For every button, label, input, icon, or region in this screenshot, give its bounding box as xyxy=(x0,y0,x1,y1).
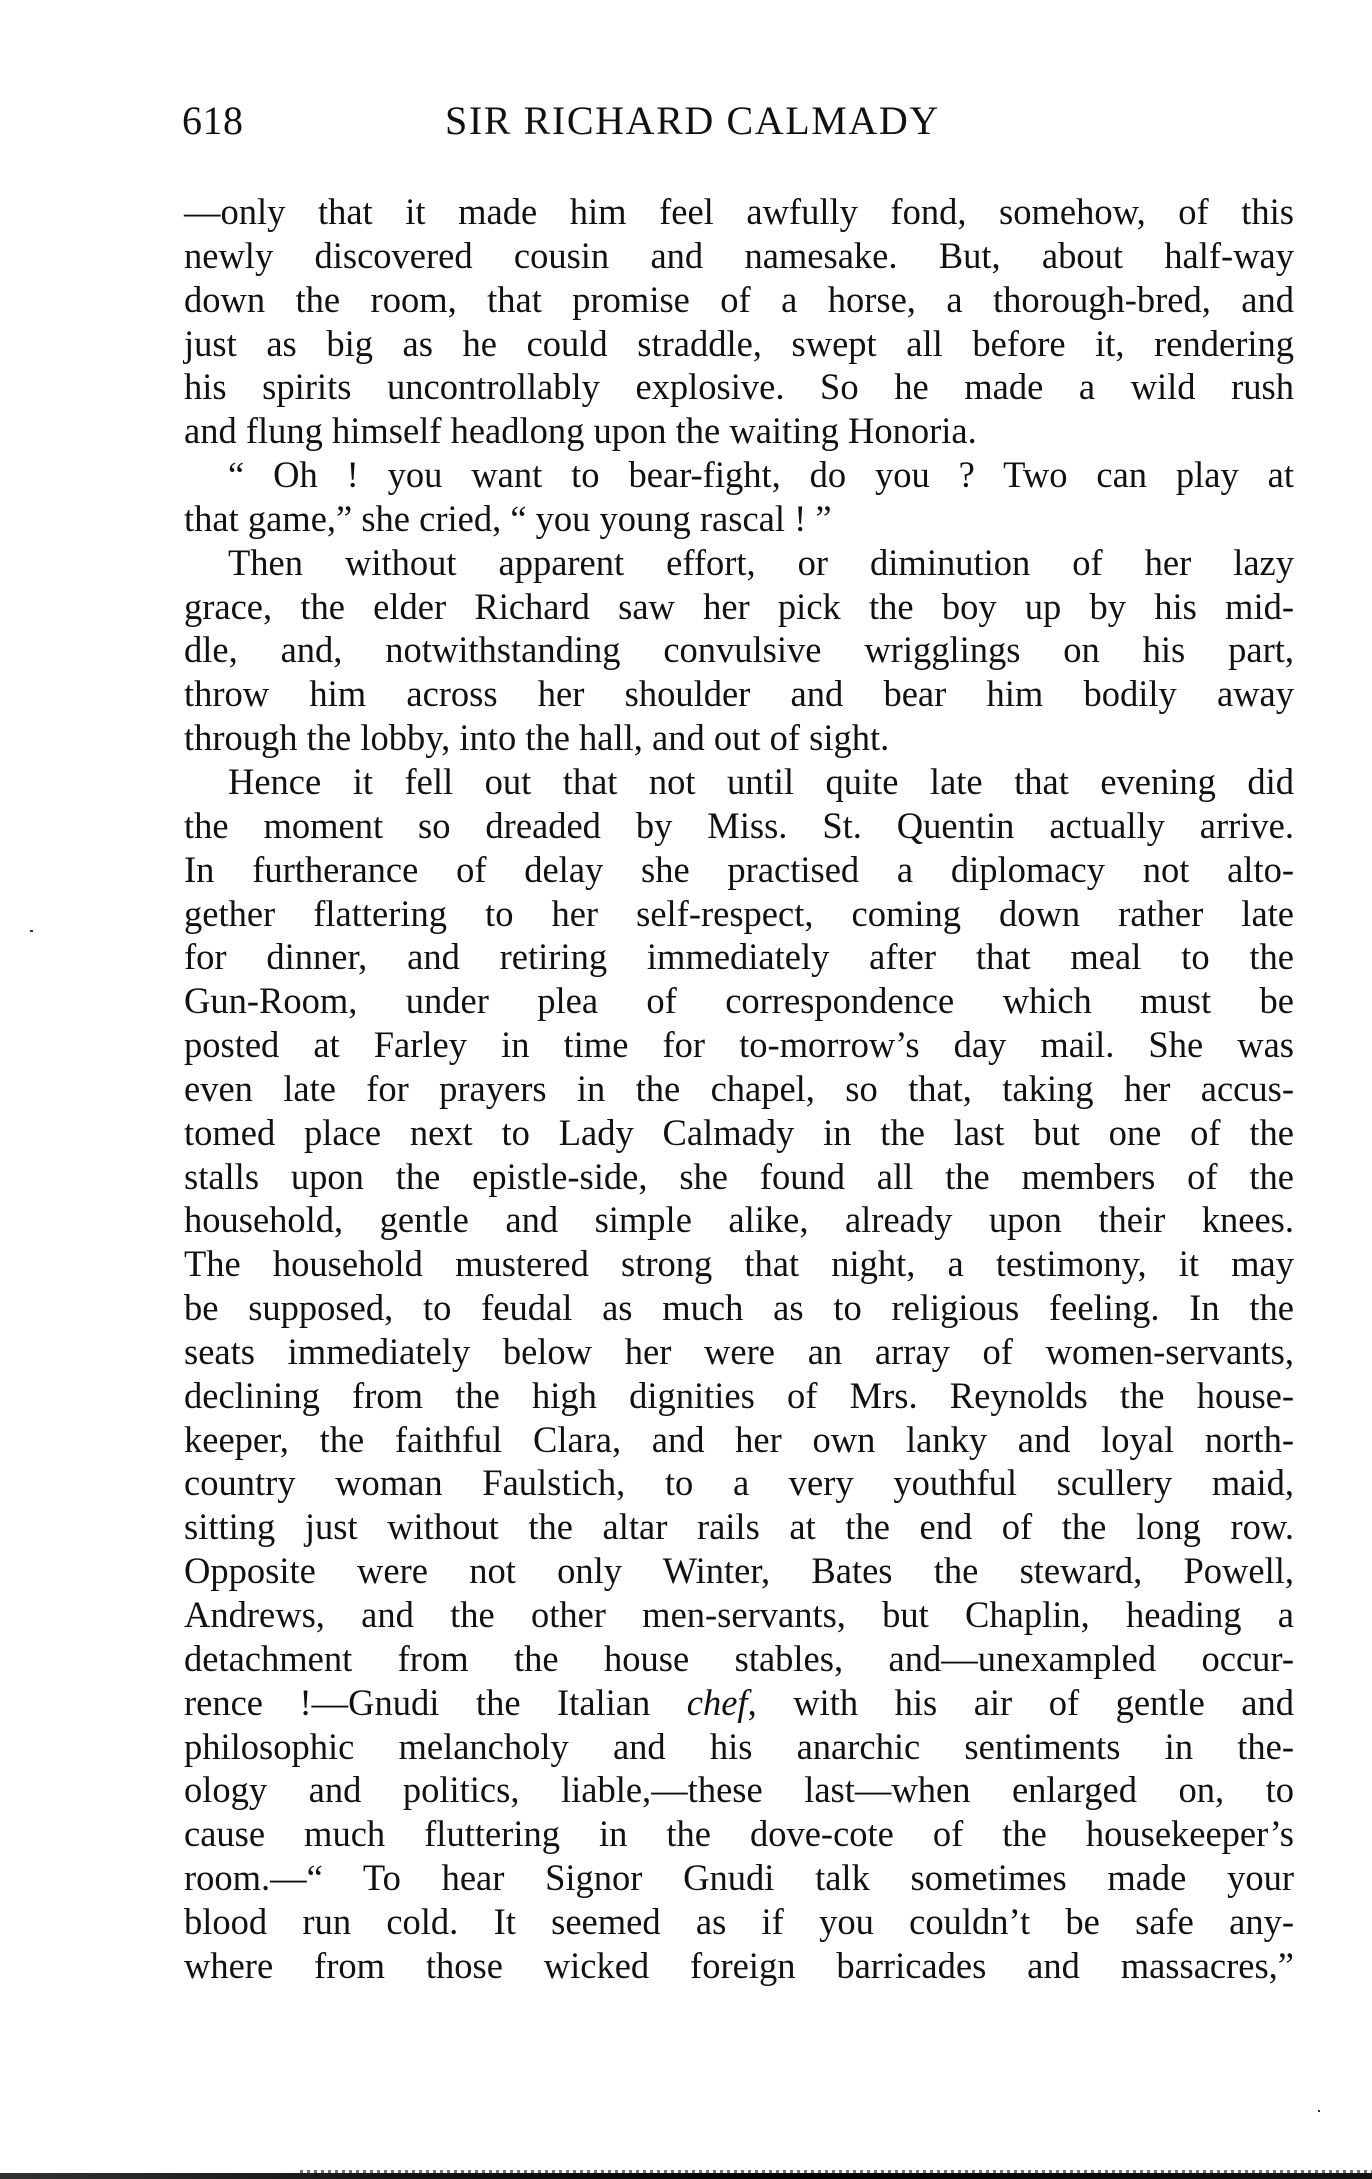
text-line: down the room, that promise of a horse, … xyxy=(184,278,1294,322)
scan-speck xyxy=(30,930,33,932)
text-line: blood run cold. It seemed as if you coul… xyxy=(184,1900,1294,1944)
italic-word-chef: chef xyxy=(687,1682,748,1723)
text-segment: rence !—Gnudi the Italian xyxy=(184,1682,687,1723)
text-line: grace, the elder Richard saw her pick th… xyxy=(184,585,1294,629)
text-line: throw him across her shoulder and bear h… xyxy=(184,672,1294,716)
text-line: ology and politics, liable,—these last—w… xyxy=(184,1768,1294,1812)
text-line: stalls upon the epistle-side, she found … xyxy=(184,1155,1294,1199)
text-line: sitting just without the altar rails at … xyxy=(184,1505,1294,1549)
text-line: be supposed, to feudal as much as to rel… xyxy=(184,1286,1294,1330)
text-line: Hence it fell out that not until quite l… xyxy=(184,760,1294,804)
text-line: room.—“ To hear Signor Gnudi talk someti… xyxy=(184,1856,1294,1900)
text-line: the moment so dreaded by Miss. St. Quent… xyxy=(184,804,1294,848)
text-line: where from those wicked foreign barricad… xyxy=(184,1944,1294,1988)
text-line: Then without apparent effort, or diminut… xyxy=(184,541,1294,585)
text-segment: , with his air of gentle and xyxy=(748,1682,1294,1723)
text-line: Andrews, and the other men-servants, but… xyxy=(184,1593,1294,1637)
text-line: just as big as he could straddle, swept … xyxy=(184,322,1294,366)
text-line: for dinner, and retiring immediately aft… xyxy=(184,935,1294,979)
text-line: philosophic melancholy and his anarchic … xyxy=(184,1725,1294,1769)
text-line: tomed place next to Lady Calmady in the … xyxy=(184,1111,1294,1155)
text-line: cause much fluttering in the dove-cote o… xyxy=(184,1812,1294,1856)
text-line: Opposite were not only Winter, Bates the… xyxy=(184,1549,1294,1593)
text-line-with-italic: rence !—Gnudi the Italian chef, with his… xyxy=(184,1681,1294,1725)
running-title: SIR RICHARD CALMADY xyxy=(445,96,940,146)
text-line: newly discovered cousin and namesake. Bu… xyxy=(184,234,1294,278)
text-line: even late for prayers in the chapel, so … xyxy=(184,1067,1294,1111)
text-line: The household mustered strong that night… xyxy=(184,1242,1294,1286)
text-line: Gun-Room, under plea of correspondence w… xyxy=(184,979,1294,1023)
body-text: —only that it made him feel awfully fond… xyxy=(184,190,1294,1988)
text-line: dle, and, notwithstanding convulsive wri… xyxy=(184,628,1294,672)
page-number: 618 xyxy=(182,96,244,146)
scan-speck xyxy=(1318,2110,1320,2112)
text-line: country woman Faulstich, to a very youth… xyxy=(184,1461,1294,1505)
text-line: his spirits uncontrollably explosive. So… xyxy=(184,365,1294,409)
text-line: household, gentle and simple alike, alre… xyxy=(184,1198,1294,1242)
text-line: In furtherance of delay she practised a … xyxy=(184,848,1294,892)
text-line: keeper, the faithful Clara, and her own … xyxy=(184,1418,1294,1462)
text-line: through the lobby, into the hall, and ou… xyxy=(184,716,1294,760)
text-line: “ Oh ! you want to bear-fight, do you ? … xyxy=(184,453,1294,497)
text-line: and flung himself headlong upon the wait… xyxy=(184,409,1294,453)
text-line: —only that it made him feel awfully fond… xyxy=(184,190,1294,234)
page-bottom-edge xyxy=(0,2173,1372,2179)
running-head: 618 SIR RICHARD CALMADY xyxy=(182,96,1293,146)
text-line: declining from the high dignities of Mrs… xyxy=(184,1374,1294,1418)
text-line: gether flattering to her self-respect, c… xyxy=(184,892,1294,936)
text-line: posted at Farley in time for to-morrow’s… xyxy=(184,1023,1294,1067)
text-line: that game,” she cried, “ you young rasca… xyxy=(184,497,1294,541)
text-line: detachment from the house stables, and—u… xyxy=(184,1637,1294,1681)
text-line: seats immediately below her were an arra… xyxy=(184,1330,1294,1374)
